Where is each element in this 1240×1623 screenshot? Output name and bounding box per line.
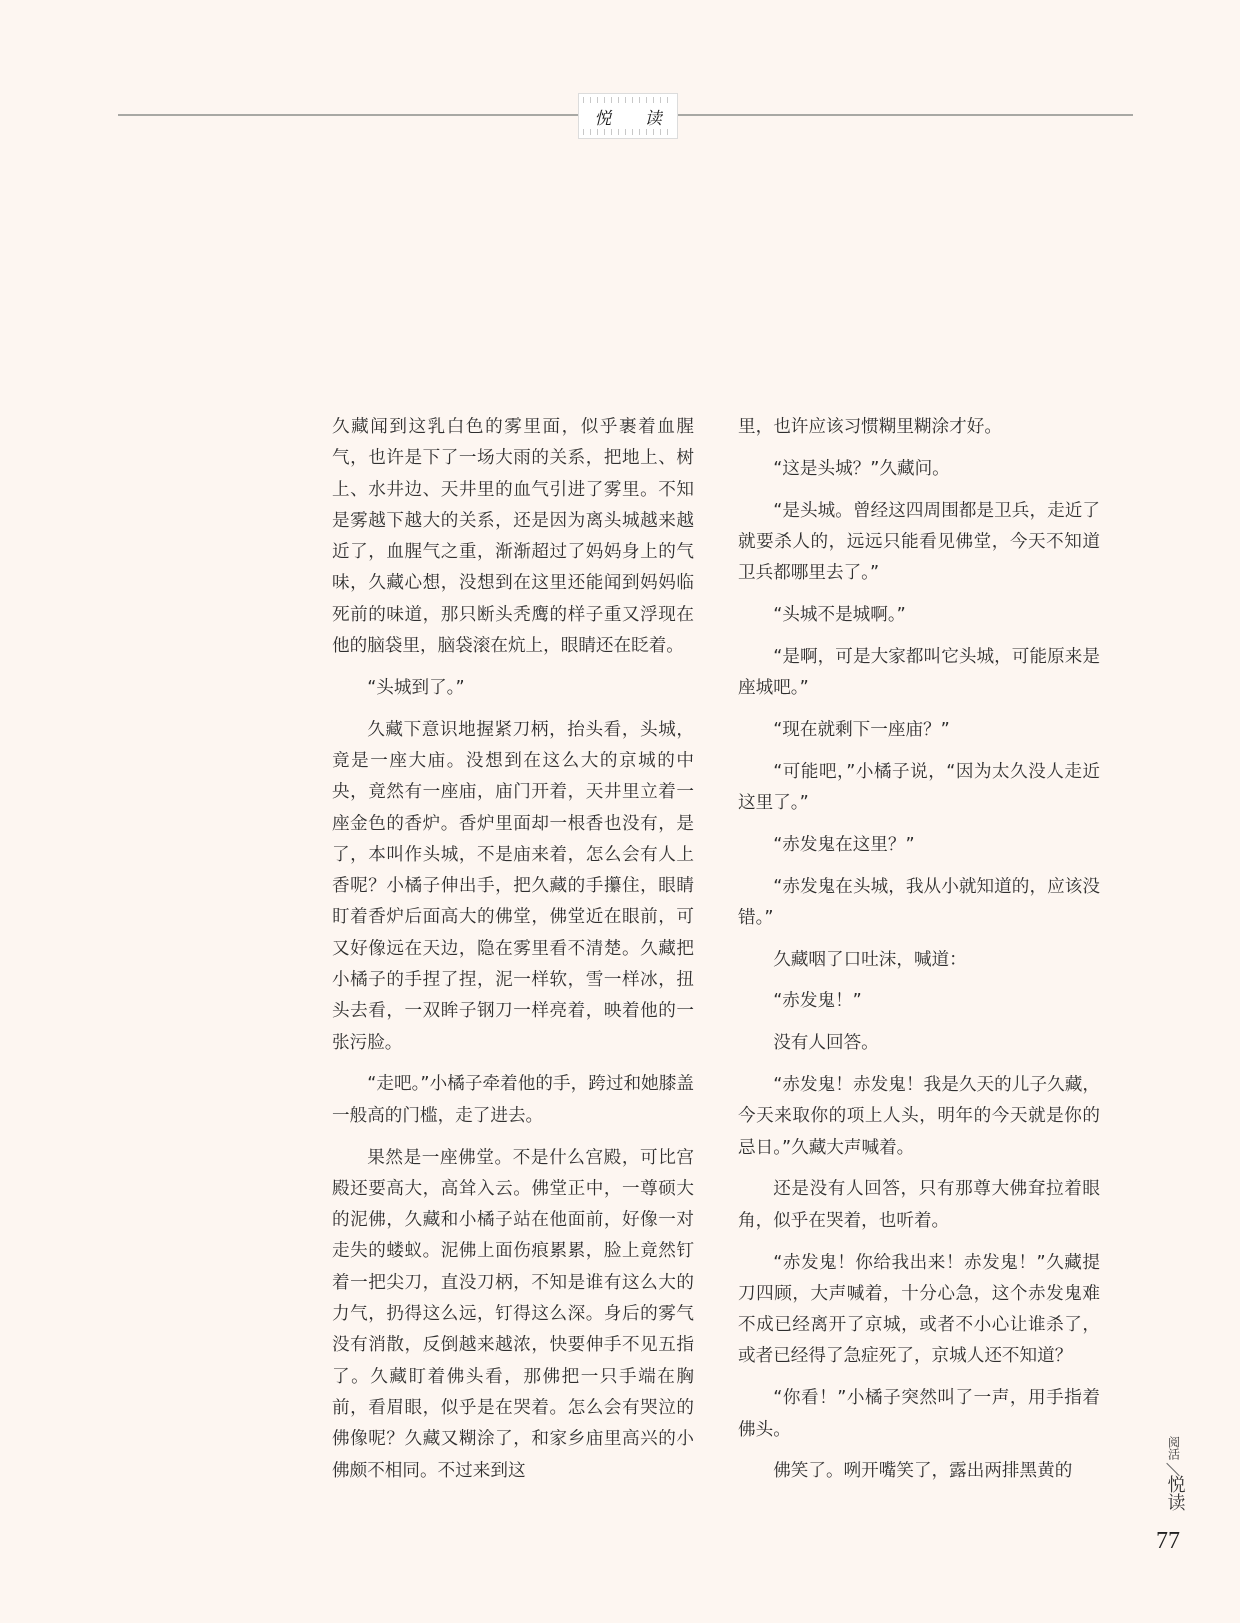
- left-text-column: 久藏闻到这乳白色的雾里面，似乎裹着血腥气，也许是下了一场大雨的关系，把地上、树上…: [332, 412, 694, 1497]
- right-text-column: 里，也许应该习惯糊里糊涂才好。 “这是头城？”久藏问。 “是头城。曾经这四周围都…: [738, 412, 1100, 1498]
- paragraph: 果然是一座佛堂。不是什么宫殿，可比宫殿还要高大，高耸入云。佛堂正中，一尊硕大的泥…: [332, 1143, 694, 1487]
- paragraph: “你看！”小橘子突然叫了一声，用手指着佛头。: [738, 1383, 1100, 1446]
- paragraph: 久藏闻到这乳白色的雾里面，似乎裹着血腥气，也许是下了一场大雨的关系，把地上、树上…: [332, 412, 694, 662]
- paragraph: “赤发鬼！”: [738, 986, 1100, 1017]
- section-title: 悦 读: [594, 104, 675, 129]
- paragraph: “是头城。曾经这四周围都是卫兵，走近了就要杀人的，远远只能看见佛堂，今天不知道卫…: [738, 496, 1100, 590]
- paragraph: 里，也许应该习惯糊里糊涂才好。: [738, 412, 1100, 443]
- page-number: 77: [1156, 1528, 1180, 1555]
- paragraph: “现在就剩下一座庙？”: [738, 715, 1100, 746]
- section-header-badge: 悦 读: [578, 93, 678, 139]
- paragraph: 佛笑了。咧开嘴笑了，露出两排黑黄的: [738, 1456, 1100, 1487]
- paragraph: “走吧。”小橘子牵着他的手，跨过和她膝盖一般高的门槛，走了进去。: [332, 1069, 694, 1132]
- paragraph: “赤发鬼！你给我出来！赤发鬼！”久藏提刀四顾，大声喊着，十分心急，这个赤发鬼难不…: [738, 1248, 1100, 1373]
- paragraph: “可能吧，”小橘子说，“因为太久没人走近这里了。”: [738, 757, 1100, 820]
- paragraph: “头城到了。”: [332, 673, 694, 704]
- paragraph: 久藏咽了口吐沫，喊道：: [738, 945, 1100, 976]
- paragraph: “赤发鬼在这里？”: [738, 830, 1100, 861]
- paragraph: “赤发鬼！赤发鬼！我是久天的儿子久藏，今天来取你的项上人头，明年的今天就是你的忌…: [738, 1070, 1100, 1164]
- side-tab-small-label: 阅活: [1167, 1436, 1180, 1460]
- paragraph: 久藏下意识地握紧刀柄，抬头看，头城，竟是一座大庙。没想到在这么大的京城的中央，竟…: [332, 715, 694, 1059]
- side-tab-big-label: 悦读: [1166, 1475, 1185, 1511]
- paragraph: “是啊，可是大家都叫它头城，可能原来是座城吧。”: [738, 642, 1100, 705]
- paragraph: “赤发鬼在头城，我从小就知道的，应该没错。”: [738, 872, 1100, 935]
- paragraph: 还是没有人回答，只有那尊大佛耷拉着眼角，似乎在哭着，也听着。: [738, 1174, 1100, 1237]
- paragraph: “头城不是城啊。”: [738, 600, 1100, 631]
- paragraph: 没有人回答。: [738, 1028, 1100, 1059]
- side-section-tab: 阅活 悦读: [1158, 1436, 1188, 1515]
- header-rule-right: [678, 114, 1133, 116]
- paragraph: “这是头城？”久藏问。: [738, 454, 1100, 485]
- header-rule-left: [118, 114, 578, 116]
